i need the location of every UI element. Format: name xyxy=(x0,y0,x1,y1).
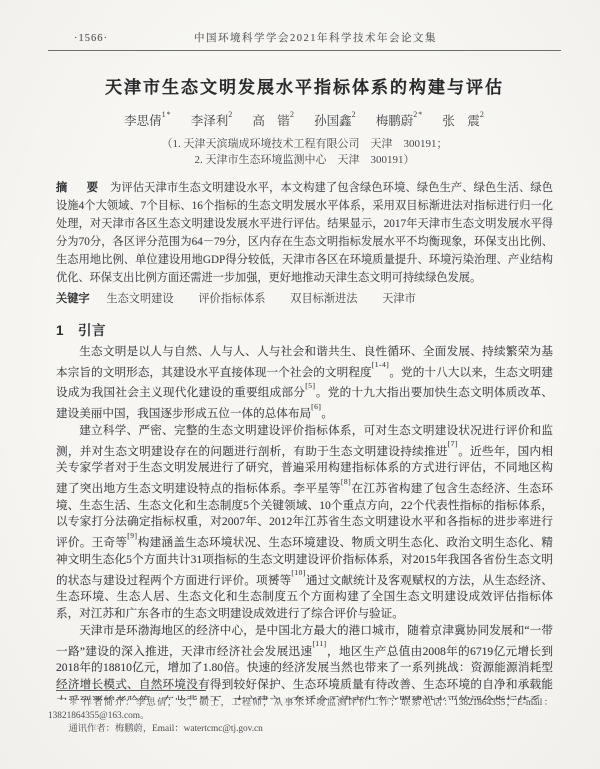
section-number: 1 xyxy=(56,323,64,338)
affiliation-line-2: 2. 天津市生态环境监测中心 天津 300191） xyxy=(56,153,553,169)
body-paragraph: 天津市是环渤海地区的经济中心，是中国北方最大的港口城市，随着京津冀协同发展和“一… xyxy=(56,623,553,700)
author-affiliation-mark: 2* xyxy=(413,110,423,119)
section-heading: 1引言 xyxy=(56,319,553,339)
author-name: 张 震2 xyxy=(442,114,485,128)
keywords-label: 关键字 xyxy=(56,293,90,305)
footnote-corresponding-author: 通讯作者：梅鹏蔚，Email：watertcmc@tj.gov.cn xyxy=(48,723,553,736)
authors-line: 李思倩1* 李泽利2 高 锴2 孙国鑫2 梅鹏蔚2* 张 震2 xyxy=(56,111,553,129)
keyword-item: 评价指标体系 xyxy=(198,293,265,305)
page-number: ·1566· xyxy=(74,33,108,44)
footnotes-block: ＊ 作者简介：李思倩，女，硕士，工程师，从事水环境监测评价工作；联系电话：138… xyxy=(48,697,553,735)
author-affiliation-mark: 2 xyxy=(480,110,485,119)
page-header: ·1566· 中国环境科学学会2021年科学技术年会论文集 xyxy=(56,30,553,45)
abstract-block: 摘 要为评估天津市生态文明建设水平，本文构建了包含绿色环境、绿色生产、绿色生活、… xyxy=(56,179,553,287)
author-name-text: 梅鹏蔚 xyxy=(376,114,414,128)
author-name: 李泽利2 xyxy=(191,114,234,128)
author-affiliation-mark: 2 xyxy=(290,110,295,119)
header-rule xyxy=(48,50,561,51)
author-name: 孙国鑫2 xyxy=(314,114,357,128)
affiliation-line-1: （1. 天津天滨瑞成环境技术工程有限公司 天津 300191； xyxy=(56,137,553,153)
author-name: 梅鹏蔚2* xyxy=(376,114,424,128)
proceedings-title: 中国环境科学学会2021年科学技术年会论文集 xyxy=(108,30,553,45)
affiliations: （1. 天津天滨瑞成环境技术工程有限公司 天津 300191； 2. 天津市生态… xyxy=(56,137,553,168)
body-paragraph: 生态文明是以人与自然、人与人、人与社会和谐共生、良性循环、全面发展、持续繁荣为基… xyxy=(56,344,553,423)
author-name: 高 锴2 xyxy=(252,114,295,128)
keyword-item: 天津市 xyxy=(382,293,416,305)
abstract-text: 为评估天津市生态文明建设水平，本文构建了包含绿色环境、绿色生产、绿色生活、绿色设… xyxy=(56,182,553,284)
author-name-text: 孙国鑫 xyxy=(314,114,352,128)
author-name-text: 李思倩 xyxy=(124,114,162,128)
author-name-text: 张 震 xyxy=(442,114,480,128)
author-name: 李思倩1* xyxy=(124,114,172,128)
abstract-label: 摘 要 xyxy=(56,182,102,194)
author-affiliation-mark: 2 xyxy=(228,110,233,119)
keyword-item: 双目标渐进法 xyxy=(290,293,357,305)
keyword-item: 生态文明建设 xyxy=(106,293,173,305)
author-affiliation-mark: 1* xyxy=(162,110,172,119)
keywords-block: 关键字 生态文明建设 评价指标体系 双目标渐进法 天津市 xyxy=(56,290,553,306)
section-title: 引言 xyxy=(78,323,106,338)
paper-title: 天津市生态文明发展水平指标体系的构建与评估 xyxy=(56,73,553,98)
author-name-text: 李泽利 xyxy=(191,114,229,128)
paper-page: ·1566· 中国环境科学学会2021年科学技术年会论文集 天津市生态文明发展水… xyxy=(0,0,600,769)
author-affiliation-mark: 2 xyxy=(352,110,357,119)
footnote-author-bio: ＊ 作者简介：李思倩，女，硕士，工程师，从事水环境监测评价工作；联系电话：138… xyxy=(48,697,553,723)
section-body: 生态文明是以人与自然、人与人、人与社会和谐共生、良性循环、全面发展、持续繁荣为基… xyxy=(56,344,553,700)
body-paragraph: 建立科学、严密、完整的生态文明建设评价指标体系，可对生态文明建设状况进行评价和监… xyxy=(56,423,553,623)
footnote-divider xyxy=(56,690,206,691)
author-name-text: 高 锴 xyxy=(252,114,290,128)
